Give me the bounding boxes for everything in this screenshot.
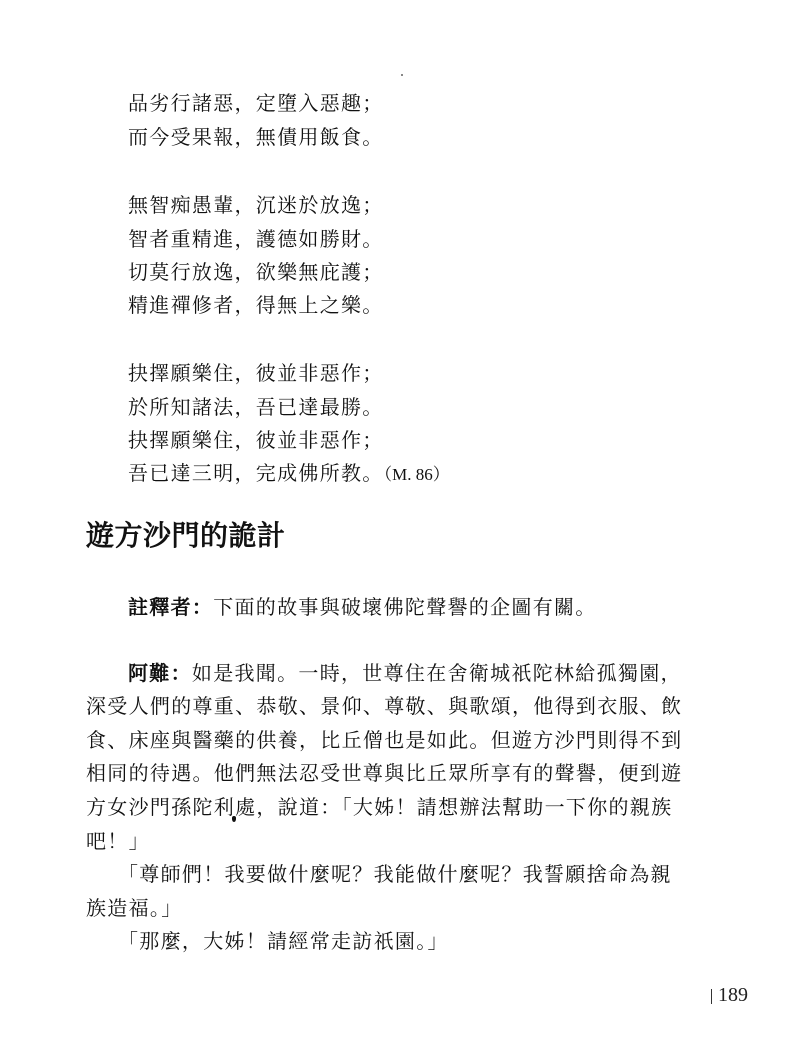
verse-line: 而今受果報，無債用飯食。 bbox=[128, 125, 384, 149]
verse-line: 於所知諸法，吾已達最勝。 bbox=[128, 395, 384, 419]
verse-line: 切莫行放逸，欲樂無庇護； bbox=[128, 260, 384, 284]
verse-line: 智者重精進，護德如勝財。 bbox=[128, 227, 384, 251]
paragraph-text: 如是我聞。一時，世尊住在舍衛城祇陀林給孤獨園， bbox=[192, 661, 682, 685]
commentator-note: 註釋者：下面的故事與破壞佛陀聲譽的企圖有關。 bbox=[128, 595, 597, 619]
narrator-label: 阿難： bbox=[128, 661, 192, 685]
page-number-divider bbox=[711, 989, 712, 1004]
dialogue-line: 「那麼，大姊！請經常走訪祇園。」 bbox=[118, 929, 449, 953]
paragraph-line: 相同的待遇。他們無法忍受世尊與比丘眾所享有的聲譽，便到遊 bbox=[86, 761, 682, 785]
verse-line: 品劣行諸惡，定墮入惡趣； bbox=[128, 91, 384, 115]
verse-text: 吾已達三明，完成佛所教。 bbox=[128, 461, 384, 485]
paragraph-line: 食、床座與醫藥的供養，比丘僧也是如此。但遊方沙門則得不到 bbox=[86, 728, 682, 752]
verse-line-last: 吾已達三明，完成佛所教。（M. 86） bbox=[128, 461, 450, 487]
paragraph-line: 深受人們的尊重、恭敬、景仰、尊敬、與歌頌，他得到衣服、飲 bbox=[86, 694, 682, 718]
verse-line: 抉擇願樂住，彼並非惡作； bbox=[128, 428, 384, 452]
paragraph-line: 阿難：如是我聞。一時，世尊住在舍衛城祇陀林給孤獨園， bbox=[128, 661, 682, 685]
dialogue-line: 「尊師們！我要做什麼呢？我能做什麼呢？我誓願捨命為親 bbox=[118, 862, 672, 886]
verse-line: 無智痴愚輩，沉迷於放逸； bbox=[128, 193, 384, 217]
scan-speck bbox=[401, 74, 403, 76]
paragraph-line: 方女沙門孫陀利處，說道：「大姊！請想辦法幫助一下你的親族 bbox=[86, 795, 672, 819]
section-title: 遊方沙門的詭計 bbox=[86, 518, 286, 554]
verse-line: 抉擇願樂住，彼並非惡作； bbox=[128, 361, 384, 385]
paragraph-line: 吧！」 bbox=[86, 829, 150, 853]
sutta-reference: （M. 86） bbox=[384, 465, 450, 484]
ink-mark bbox=[232, 816, 236, 822]
dialogue-line: 族造福。」 bbox=[86, 896, 183, 920]
commentator-text: 下面的故事與破壞佛陀聲譽的企圖有關。 bbox=[213, 595, 596, 619]
commentator-label: 註釋者： bbox=[128, 595, 213, 619]
page-number: 189 bbox=[718, 984, 748, 1007]
verse-line: 精進禪修者，得無上之樂。 bbox=[128, 293, 384, 317]
